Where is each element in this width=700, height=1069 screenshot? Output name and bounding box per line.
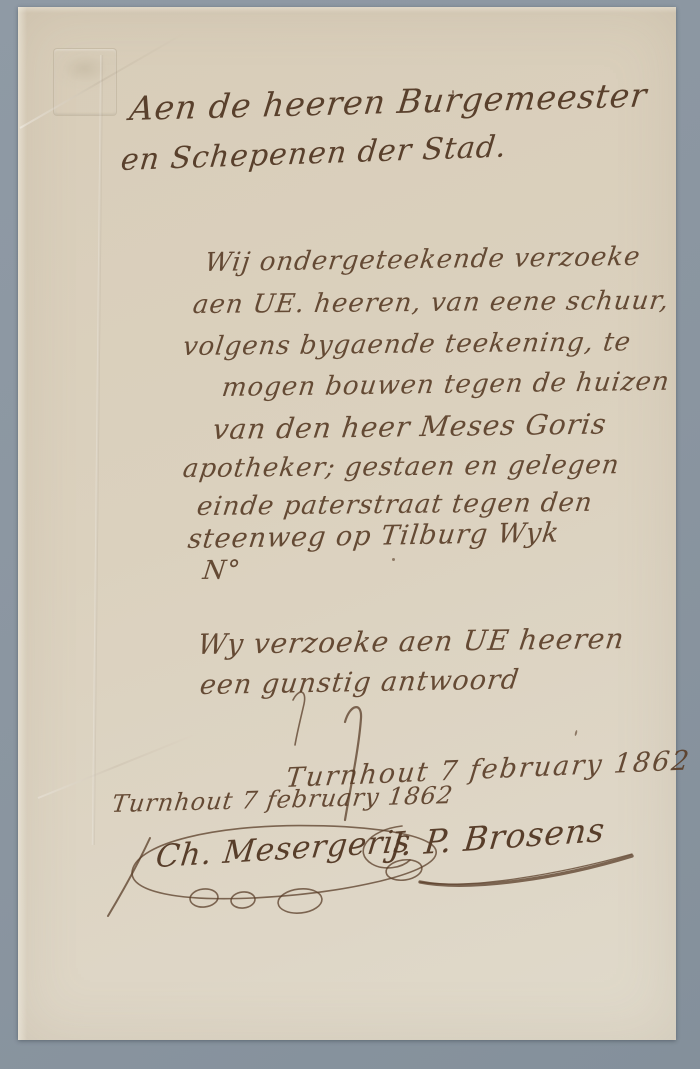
scan-background: Aen de heeren Burgemeester en Schepenen … (0, 0, 700, 1069)
heading-line-2: en Schepenen der Stad. (119, 129, 508, 178)
paper-edge (18, 7, 27, 1040)
dateline-left: Turnhout 7 february 1862 (110, 781, 455, 818)
ink-speck (452, 90, 454, 94)
closing-line-1: Wy verzoeke aen UE heeren (196, 622, 627, 661)
signature-right: J. P. Brosens (388, 810, 607, 864)
body-line-1: Wij ondergeteekende verzoeke (203, 242, 642, 278)
body-line-8: steenweg op Tilburg Wyk (186, 517, 561, 555)
body-line-6: apotheker; gestaen en gelegen (181, 450, 622, 484)
body-line-4: mogen bouwen tegen de huizen (220, 367, 672, 403)
paper-edge (18, 7, 676, 13)
body-line-5: van den heer Meses Goris (211, 407, 609, 446)
ink-speck (574, 730, 577, 736)
document-page: Aen de heeren Burgemeester en Schepenen … (18, 7, 676, 1040)
paper-crease (92, 55, 103, 845)
embossed-stamp-icon (53, 48, 117, 116)
closing-line-2: een gunstig antwoord (198, 664, 521, 701)
signature-left: Ch. Mesergeris (154, 823, 413, 875)
body-line-3: volgens bygaende teekening, te (181, 327, 633, 362)
body-line-7: einde paterstraat tegen den (195, 488, 595, 522)
heading-line-1: Aen de heeren Burgemeester (128, 75, 650, 128)
body-line-2: aen UE. heeren, van eene schuur, (191, 286, 671, 320)
body-line-9: N° (201, 555, 242, 586)
ink-speck (392, 558, 395, 561)
